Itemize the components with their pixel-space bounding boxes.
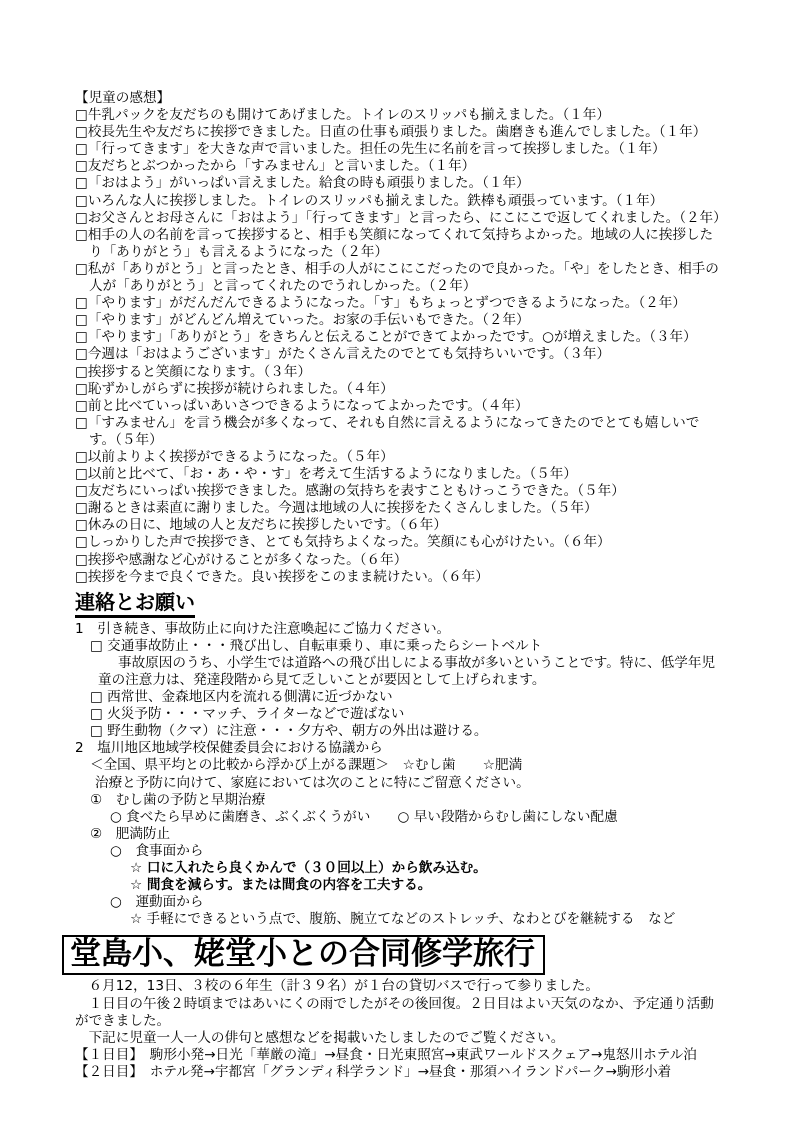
impression-item: □挨拶を今まで良くできた。良い挨拶をこのまま続けたい。（６年）: [75, 569, 724, 586]
trip-paragraph: 【１日目】 駒形小発→日光「華厳の滝」→昼食・日光東照宮→東武ワールドスクェア→…: [75, 1047, 724, 1064]
impression-item: □「やります」「ありがとう」をきちんと伝えることができてよかったです。○が増えま…: [75, 329, 724, 346]
impression-item: □友だちにいっぱい挨拶できました。感謝の気持ちを表すこともけっこうできた。（５年…: [75, 483, 724, 500]
impression-item: □しっかりした声で挨拶でき、とても気持ちよくなった。笑顔にも心がけたい。（６年）: [75, 534, 724, 551]
notice-line: □ 火災予防・・・マッチ、ライターなどで遊ばない: [75, 706, 724, 723]
impression-item: □恥ずかしがらずに挨拶が続けられました。（４年）: [75, 381, 724, 398]
impression-item: □私が「ありがとう」と言ったとき、相手の人がにこにこだったので良かった。「や」を…: [75, 261, 724, 295]
notice-line: ＜全国、県平均との比較から浮かび上がる課題＞ ☆むし歯 ☆肥満: [75, 757, 724, 774]
trip-paragraphs: ６月12，13日、３校の６年生（計３９名）が１台の貸切バスで行って参りました。 …: [75, 978, 724, 1081]
trip-heading-row: 堂島小、姥堂小との合同修学旅行: [62, 935, 724, 975]
notice-line: ☆ 間食を減らす。または間食の内容を工夫する。: [75, 877, 724, 894]
impression-item: □休みの日に、地域の人と友だちに挨拶したいです。（６年）: [75, 517, 724, 534]
impression-item: □今週は「おはようございます」がたくさん言えたのでとても気持ちいいです。（３年）: [75, 346, 724, 363]
notice-line: ☆ 手軽にできるという点で、腹筋、腕立てなどのストレッチ、なわとびを継続する な…: [75, 911, 724, 928]
impression-item: □「やります」がだんだんできるようになった。「す」もちょっとずつできるようになっ…: [75, 295, 724, 312]
notice-line: □ 交通事故防止・・・飛び出し、自転車乗り、車に乗ったらシートベルト: [75, 638, 724, 655]
impression-item: □相手の人の名前を言って挨拶すると、相手も笑顔になってくれて気持ちよかった。地域…: [75, 227, 724, 261]
newsletter-page: 【児童の感想】 □牛乳パックを友だちのも開けてあげました。トイレのスリッパも揃え…: [0, 0, 794, 1123]
impression-item: □前と比べていっぱいあいさつできるようになってよかったです。（４年）: [75, 398, 724, 415]
trip-paragraph: 【２日目】 ホテル発→宇都宮「グランディ科学ランド」→昼食・那須ハイランドパーク…: [75, 1064, 724, 1081]
impression-item: □校長先生や友だちに挨拶できました。日直の仕事も頑張りました。歯磨きも進んでしま…: [75, 124, 724, 141]
impression-item: □いろんな人に挨拶しました。トイレのスリッパも揃えました。鉄棒も頑張っています。…: [75, 193, 724, 210]
impression-item: □以前と比べて、「お・あ・や・す」を考えて生活するようになりました。（５年）: [75, 466, 724, 483]
impression-item: □「おはよう」がいっぱい言えました。給食の時も頑張りました。（１年）: [75, 175, 724, 192]
notice-line: 事故原因のうち、小学生では道路への飛び出しによる事故が多いということです。特に、…: [75, 655, 724, 689]
notices-heading: 連絡とお願い: [75, 591, 195, 618]
notice-line: ○ 食べたら早めに歯磨き、ぶくぶくうがい ○ 早い段階からむし歯にしない配慮: [75, 809, 724, 826]
impression-item: □「やります」がどんどん増えていった。お家の手伝いもできた。（２年）: [75, 312, 724, 329]
impression-item: □牛乳パックを友だちのも開けてあげました。トイレのスリッパも揃えました。（１年）: [75, 107, 724, 124]
impression-item: □お父さんとお母さんに「おはよう」「行ってきます」と言ったら、にこにこで返してく…: [75, 210, 724, 227]
impressions-list: □牛乳パックを友だちのも開けてあげました。トイレのスリッパも揃えました。（１年）…: [75, 107, 724, 586]
trip-paragraph: １日目の午後２時頃まではあいにくの雨でしたがその後回復。２日目はよい天気のなか、…: [75, 996, 724, 1030]
notice-line: ② 肥満防止: [75, 826, 724, 843]
notice-line: □ 野生動物（クマ）に注意・・・夕方や、朝方の外出は避ける。: [75, 723, 724, 740]
trip-paragraph: ６月12，13日、３校の６年生（計３９名）が１台の貸切バスで行って参りました。: [75, 978, 724, 995]
notice-line: ① むし歯の予防と早期治療: [75, 792, 724, 809]
impression-item: □「行ってきます」を大きな声で言いました。担任の先生に名前を言って挨拶しました。…: [75, 141, 724, 158]
notices-heading-row: 連絡とお願い: [75, 591, 724, 618]
notice-line: ☆ 口に入れたら良くかんで（３０回以上）から飲み込む。: [75, 860, 724, 877]
impression-item: □挨拶すると笑顔になります。（３年）: [75, 364, 724, 381]
notice-line: 1 引き続き、事故防止に向けた注意喚起にご協力ください。: [75, 621, 724, 638]
notice-line: 治療と予防に向けて、家庭においては次のことに特にご留意ください。: [75, 775, 724, 792]
notice-line: ○ 食事面から: [75, 843, 724, 860]
notices-list: 1 引き続き、事故防止に向けた注意喚起にご協力ください。□ 交通事故防止・・・飛…: [75, 621, 724, 929]
impression-item: □「すみません」を言う機会が多くなって、それも自然に言えるようになってきたのでと…: [75, 415, 724, 449]
trip-paragraph: 下記に児童一人一人の俳句と感想などを掲載いたしましたのでご覧ください。: [75, 1030, 724, 1047]
impressions-title: 【児童の感想】: [75, 90, 724, 107]
section-children-impressions: 【児童の感想】 □牛乳パックを友だちのも開けてあげました。トイレのスリッパも揃え…: [75, 90, 724, 586]
trip-heading: 堂島小、姥堂小との合同修学旅行: [62, 935, 545, 975]
notice-line: □ 西常世、金森地区内を流れる側溝に近づかない: [75, 689, 724, 706]
impression-item: □友だちとぶつかったから「すみません」と言いました。（１年）: [75, 158, 724, 175]
notice-line: 2 塩川地区地域学校保健委員会における協議から: [75, 740, 724, 757]
section-notices: 連絡とお願い 1 引き続き、事故防止に向けた注意喚起にご協力ください。□ 交通事…: [75, 591, 724, 929]
impression-item: □以前よりよく挨拶ができるようになった。（５年）: [75, 449, 724, 466]
impression-item: □挨拶や感謝など心がけることが多くなった。（６年）: [75, 552, 724, 569]
section-joint-school-trip: 堂島小、姥堂小との合同修学旅行 ６月12，13日、３校の６年生（計３９名）が１台…: [75, 935, 724, 1081]
notice-line: ○ 運動面から: [75, 894, 724, 911]
impression-item: □謝るときは素直に謝りました。今週は地域の人に挨拶をたくさんしました。（５年）: [75, 500, 724, 517]
